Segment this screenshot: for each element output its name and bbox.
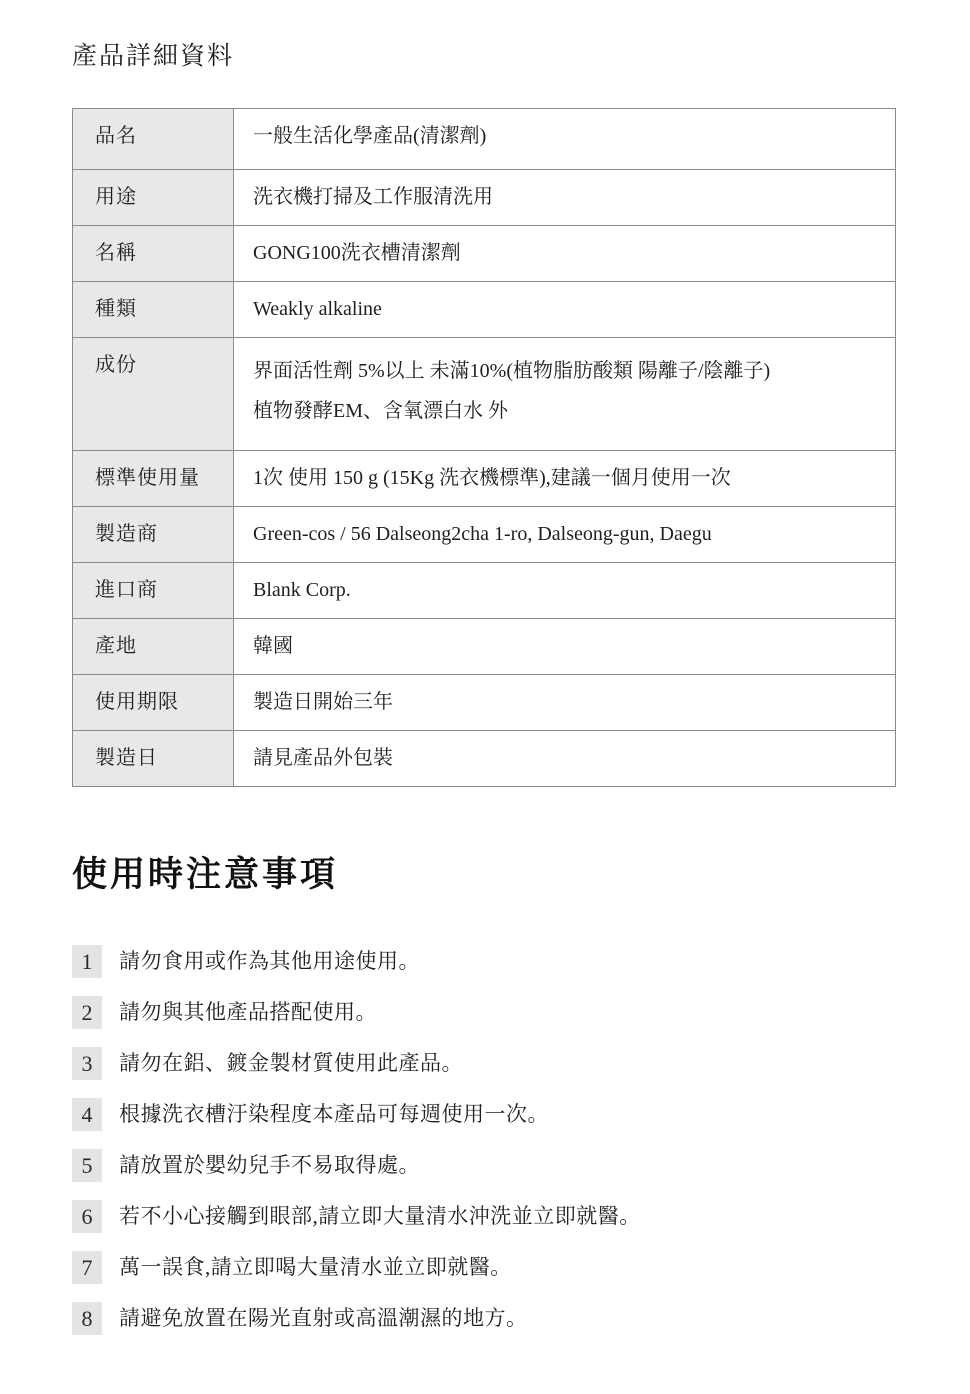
row-value-text: Weakly alkaline	[253, 295, 885, 324]
row-value: 洗衣機打掃及工作服清洗用	[234, 170, 896, 226]
list-item: 5 請放置於嬰幼兒手不易取得處。	[72, 1149, 896, 1182]
table-row: 進口商 Blank Corp.	[73, 563, 896, 619]
item-number-badge: 3	[72, 1047, 102, 1080]
table-row: 產地 韓國	[73, 619, 896, 675]
item-number-badge: 8	[72, 1302, 102, 1335]
item-number-badge: 1	[72, 945, 102, 978]
row-label: 進口商	[73, 563, 234, 619]
row-value-text: 製造日開始三年	[253, 688, 885, 717]
item-text: 萬一誤食,請立即喝大量清水並立即就醫。	[119, 1251, 512, 1284]
precaution-list: 1 請勿食用或作為其他用途使用。 2 請勿與其他產品搭配使用。 3 請勿在鋁、鍍…	[72, 945, 896, 1335]
row-value-text: GONG100洗衣槽清潔劑	[253, 239, 885, 268]
row-value-text: 韓國	[253, 632, 885, 661]
row-label: 種類	[73, 282, 234, 338]
table-row: 製造日 請見產品外包裝	[73, 731, 896, 787]
list-item: 3 請勿在鋁、鍍金製材質使用此產品。	[72, 1047, 896, 1080]
list-item: 1 請勿食用或作為其他用途使用。	[72, 945, 896, 978]
product-detail-page: 產品詳細資料 品名 一般生活化學產品(清潔劑) 用途 洗衣機打掃及工作服清洗用 …	[0, 0, 970, 1394]
row-value: 界面活性劑 5%以上 未滿10%(植物脂肪酸類 陽離子/陰離子) 植物發酵EM、…	[234, 338, 896, 451]
table-row: 成份 界面活性劑 5%以上 未滿10%(植物脂肪酸類 陽離子/陰離子) 植物發酵…	[73, 338, 896, 451]
row-value-text: 1次 使用 150 g (15Kg 洗衣機標準),建議一個月使用一次	[253, 464, 885, 493]
table-row: 用途 洗衣機打掃及工作服清洗用	[73, 170, 896, 226]
row-value-text: 界面活性劑 5%以上 未滿10%(植物脂肪酸類 陽離子/陰離子) 植物發酵EM、…	[253, 351, 885, 431]
row-value: Green-cos / 56 Dalseong2cha 1-ro, Dalseo…	[234, 507, 896, 563]
item-text: 請勿與其他產品搭配使用。	[119, 996, 377, 1029]
row-label: 用途	[73, 170, 234, 226]
row-value: GONG100洗衣槽清潔劑	[234, 226, 896, 282]
list-item: 8 請避免放置在陽光直射或高溫潮濕的地方。	[72, 1302, 896, 1335]
row-value: Weakly alkaline	[234, 282, 896, 338]
item-number-badge: 6	[72, 1200, 102, 1233]
details-section-title: 產品詳細資料	[72, 36, 896, 72]
item-number-badge: 5	[72, 1149, 102, 1182]
item-number-badge: 2	[72, 996, 102, 1029]
row-label: 製造商	[73, 507, 234, 563]
item-text: 請勿食用或作為其他用途使用。	[119, 945, 420, 978]
table-row: 品名 一般生活化學產品(清潔劑)	[73, 109, 896, 170]
product-details-table: 品名 一般生活化學產品(清潔劑) 用途 洗衣機打掃及工作服清洗用 名稱 GONG…	[72, 108, 896, 787]
item-text: 請放置於嬰幼兒手不易取得處。	[119, 1149, 420, 1182]
item-text: 若不小心接觸到眼部,請立即大量清水沖洗並立即就醫。	[119, 1200, 641, 1233]
item-number-badge: 7	[72, 1251, 102, 1284]
row-label: 產地	[73, 619, 234, 675]
list-item: 2 請勿與其他產品搭配使用。	[72, 996, 896, 1029]
item-text: 請避免放置在陽光直射或高溫潮濕的地方。	[119, 1302, 528, 1335]
item-text: 根據洗衣槽汙染程度本產品可每週使用一次。	[119, 1098, 549, 1131]
row-label: 標準使用量	[73, 451, 234, 507]
table-row: 名稱 GONG100洗衣槽清潔劑	[73, 226, 896, 282]
row-value: 1次 使用 150 g (15Kg 洗衣機標準),建議一個月使用一次	[234, 451, 896, 507]
list-item: 7 萬一誤食,請立即喝大量清水並立即就醫。	[72, 1251, 896, 1284]
table-row: 製造商 Green-cos / 56 Dalseong2cha 1-ro, Da…	[73, 507, 896, 563]
row-label: 製造日	[73, 731, 234, 787]
row-value: 韓國	[234, 619, 896, 675]
row-label: 名稱	[73, 226, 234, 282]
row-value: Blank Corp.	[234, 563, 896, 619]
precautions-section-title: 使用時注意事項	[72, 847, 896, 897]
row-value-text: 洗衣機打掃及工作服清洗用	[253, 183, 885, 212]
table-row: 種類 Weakly alkaline	[73, 282, 896, 338]
row-value: 請見產品外包裝	[234, 731, 896, 787]
row-value: 製造日開始三年	[234, 675, 896, 731]
row-label: 品名	[73, 109, 234, 170]
row-value-text: 請見產品外包裝	[253, 744, 885, 773]
row-value-text: Blank Corp.	[253, 576, 885, 605]
item-number-badge: 4	[72, 1098, 102, 1131]
row-label: 使用期限	[73, 675, 234, 731]
row-label: 成份	[73, 338, 234, 451]
row-value: 一般生活化學產品(清潔劑)	[234, 109, 896, 170]
item-text: 請勿在鋁、鍍金製材質使用此產品。	[119, 1047, 463, 1080]
row-value-text: 一般生活化學產品(清潔劑)	[253, 122, 885, 151]
list-item: 4 根據洗衣槽汙染程度本產品可每週使用一次。	[72, 1098, 896, 1131]
table-row: 使用期限 製造日開始三年	[73, 675, 896, 731]
row-value-text: Green-cos / 56 Dalseong2cha 1-ro, Dalseo…	[253, 520, 885, 549]
table-row: 標準使用量 1次 使用 150 g (15Kg 洗衣機標準),建議一個月使用一次	[73, 451, 896, 507]
list-item: 6 若不小心接觸到眼部,請立即大量清水沖洗並立即就醫。	[72, 1200, 896, 1233]
